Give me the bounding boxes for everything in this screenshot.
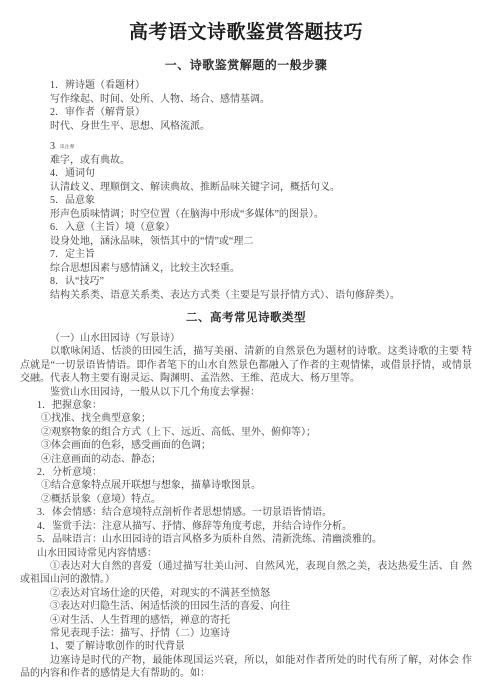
doc-line: ①结合意象特点展开联想与想象，描摹诗歌图景。 (41, 479, 472, 492)
line-text: 鉴赏山水田园诗，一般从以下几个角度去掌握： (50, 387, 260, 398)
doc-line: ③表达对归隐生活、闲适恬淡的田园生活的喜爱、向往 (20, 600, 472, 613)
line-text: 写作缘起、时间、处所、人物、场合、感情基调。 (50, 94, 270, 105)
section2-heading: 二、高考常见诗歌类型 (20, 311, 472, 325)
doc-line: 6．入意（主旨）境（意象） (50, 221, 472, 235)
doc-line: ③体会画面的色彩，感受画面的色调； (41, 439, 472, 452)
doc-line: （一）山水田园诗（写景诗） (20, 332, 472, 345)
doc-line: ②表达对官场仕途的厌倦，对现实的不满甚至愤怒 (20, 587, 472, 600)
line-text: 6．入意（主旨）境（意象） (50, 222, 175, 233)
doc-line: 结构关系类、语意关系类、表达方式类（主要是写景抒情方式）、语句修辞类）。 (50, 289, 472, 303)
doc-line: 8．认“技巧” (50, 275, 472, 289)
doc-line: 认清歧义、理顺倒文、解读典故、推断品味关键字词，概括句义。 (50, 181, 472, 195)
line-text: 5．品味语言：山水田园诗的语言风格多为质朴自然、清新洗练、清幽淡雅的。 (37, 534, 382, 545)
line-text: 2．审作者（解背景） (50, 107, 145, 118)
doc-line: ①找准、找全典型意象； (41, 412, 472, 425)
doc-line: 4．通词句 (50, 167, 472, 181)
doc-line: 3．体会情感：结合意境特点剖析作者思想情感。一切景语皆情语。 (37, 506, 472, 519)
doc-line: 写作缘起、时间、处所、人物、场合、感情基调。 (50, 93, 472, 107)
doc-line: ①表达对大自然的喜爱（通过描写壮美山河、自然风光，表现自然之美，表达热爱生活、自… (20, 560, 472, 587)
doc-line: 以歌咏闲适、恬淡的田园生活，描写美丽、清新的自然景色为题材的诗歌。这类诗歌的主要… (20, 345, 472, 385)
line-text: ①找准、找全典型意象； (41, 413, 151, 424)
line-tiny-text: ．读注释 (55, 144, 75, 149)
line-text: 边塞诗是时代的产物，最能体现国运兴衰，所以，如能对作者所处的时代有所了解，对体会… (20, 655, 472, 679)
line-text: 常见表现手法：描写、抒情（二）边塞诗 (50, 628, 230, 639)
doc-line: 2．审作者（解背景） (50, 106, 472, 120)
doc-line: 综合思想因素与感情涵义，比较主次轻重。 (50, 262, 472, 276)
doc-line: 常见表现手法：描写、抒情（二）边塞诗 (20, 627, 472, 640)
doc-line: 边塞诗是时代的产物，最能体现国运兴衰，所以，如能对作者所处的时代有所了解，对体会… (20, 654, 472, 681)
doc-line: 4．鉴赏手法：注意从描写、抒情、修辞等角度考虑，并结合诗作分析。 (37, 520, 472, 533)
line-text: ④注意画面的动态、静态； (41, 454, 161, 465)
section1-heading: 一、诗歌鉴赏解题的一般步骤 (20, 58, 472, 72)
line-text: 1．把握意象： (37, 400, 102, 411)
doc-line: 1、要了解诗歌创作的时代背景 (20, 640, 472, 653)
doc-line: 山水田园诗常见内容情感： (37, 547, 472, 560)
line-text: 1、要了解诗歌创作的时代背景 (50, 641, 185, 652)
line-text: 难字，或有典故。 (50, 155, 130, 166)
line-text: ①表达对大自然的喜爱（通过描写壮美山河、自然风光，表现自然之美，表达热爱生活、自… (20, 561, 472, 585)
line-text: ②观察物象的组合方式（上下、远近、高低、里外、俯仰等）； (41, 427, 316, 438)
line-text: 2．分析意境： (37, 467, 102, 478)
line-text: 4．通词句 (50, 168, 95, 179)
doc-line: 3．读注释 (50, 140, 472, 154)
section2-lines: （一）山水田园诗（写景诗）以歌咏闲适、恬淡的田园生活，描写美丽、清新的自然景色为… (20, 332, 472, 681)
document-page: 高考语文诗歌鉴赏答题技巧 一、诗歌鉴赏解题的一般步骤 1．辨诗题（看题材）写作缘… (0, 0, 500, 693)
line-text: 以歌咏闲适、恬淡的田园生活，描写美丽、清新的自然景色为题材的诗歌。这类诗歌的主要… (20, 346, 472, 384)
doc-line: ④对生活、人生哲理的感悟，禅意的寄托 (20, 614, 472, 627)
line-text: ①结合意象特点展开联想与想象，描摹诗歌图景。 (41, 480, 261, 491)
line-text: 3．体会情感：结合意境特点剖析作者思想情感。一切景语皆情语。 (37, 507, 332, 518)
line-text: 时代、身世生平、思想、风格流派。 (50, 121, 210, 132)
doc-line: 鉴赏山水田园诗，一般从以下几个角度去掌握： (20, 386, 472, 399)
line-text: 7．定主旨 (50, 249, 95, 260)
doc-line: ④注意画面的动态、静态； (41, 453, 472, 466)
line-text: 综合思想因素与感情涵义，比较主次轻重。 (50, 263, 240, 274)
doc-line: 形声色质味情调；时空位置（在脑海中形成“多媒体”的图景）。 (50, 208, 472, 222)
line-text: 1．辨诗题（看题材） (50, 80, 145, 91)
page-title: 高考语文诗歌鉴赏答题技巧 (20, 20, 472, 46)
doc-line: 2．分析意境： (37, 466, 472, 479)
line-text: ②概括景象（意境）特点。 (41, 494, 161, 505)
doc-line: 5．品味语言：山水田园诗的语言风格多为质朴自然、清新洗练、清幽淡雅的。 (37, 533, 472, 546)
line-text: 结构关系类、语意关系类、表达方式类（主要是写景抒情方式）、语句修辞类）。 (50, 290, 400, 301)
line-text: 认清歧义、理顺倒文、解读典故、推断品味关键字词，概括句义。 (50, 182, 340, 193)
line-text: 设身处地，涵泳品味，领悟其中的“情”或“理二 (50, 236, 253, 247)
line-text: ②表达对官场仕途的厌倦，对现实的不满甚至愤怒 (50, 588, 270, 599)
line-text: ④对生活、人生哲理的感悟，禅意的寄托 (50, 615, 230, 626)
doc-line: ②概括景象（意境）特点。 (41, 493, 472, 506)
line-text: ③体会画面的色彩，感受画面的色调； (41, 440, 211, 451)
section1-lines: 1．辨诗题（看题材）写作缘起、时间、处所、人物、场合、感情基调。2．审作者（解背… (20, 79, 472, 302)
doc-line: 1．辨诗题（看题材） (50, 79, 472, 93)
doc-line: 难字，或有典故。 (50, 154, 472, 168)
doc-line: 1．把握意象： (37, 399, 472, 412)
doc-line: 设身处地，涵泳品味，领悟其中的“情”或“理二 (50, 235, 472, 249)
doc-line: 5．品意象 (50, 194, 472, 208)
doc-line: ②观察物象的组合方式（上下、远近、高低、里外、俯仰等）； (41, 426, 472, 439)
line-text: 山水田园诗常见内容情感： (37, 548, 157, 559)
line-text: 8．认“技巧” (50, 276, 104, 287)
line-text: （一）山水田园诗（写景诗） (50, 333, 180, 344)
line-text: 5．品意象 (50, 195, 95, 206)
line-text: ③表达对归隐生活、闲适恬淡的田园生活的喜爱、向往 (50, 601, 290, 612)
line-text: 4．鉴赏手法：注意从描写、抒情、修辞等角度考虑，并结合诗作分析。 (37, 521, 352, 532)
doc-line: 时代、身世生平、思想、风格流派。 (50, 120, 472, 134)
line-text: 形声色质味情调；时空位置（在脑海中形成“多媒体”的图景）。 (50, 209, 324, 220)
doc-line: 7．定主旨 (50, 248, 472, 262)
